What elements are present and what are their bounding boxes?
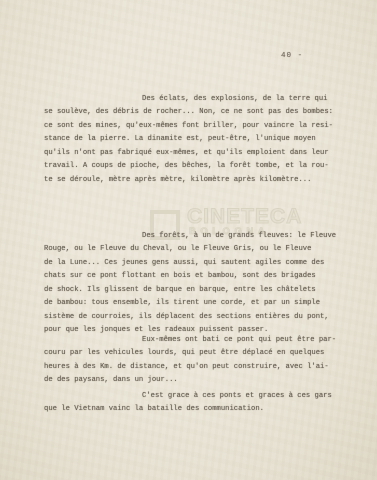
watermark-cineteca: CINETECA bbox=[187, 207, 302, 227]
paragraph-3: Eux-mêmes ont bati ce pont qui peut être… bbox=[44, 334, 344, 388]
text-line: Des forêts, à un de grands fleuves: le F… bbox=[44, 230, 344, 243]
text-line: te se déroule, mètre après mètre, kilomè… bbox=[44, 174, 344, 187]
text-line: Rouge, ou le Fleuve du Cheval, ou le Fle… bbox=[44, 243, 344, 256]
text-line: de la Lune... Ces jeunes gens aussi, qui… bbox=[44, 257, 344, 270]
text-line: de des paysans, dans un jour... bbox=[44, 374, 344, 387]
text-line: stance de la pierre. La dinamite est, pe… bbox=[44, 133, 344, 146]
text-line: de shock. Ils glissent de barque en barq… bbox=[44, 284, 344, 297]
text-line: de bambou: tous ensemble, ils tirent une… bbox=[44, 297, 344, 310]
text-line: Des éclats, des explosions, de la terre … bbox=[44, 93, 344, 106]
text-line: ce sont des mines, qu'eux-mêmes font bri… bbox=[44, 120, 344, 133]
scanned-typewritten-page: 40 - CINETECA BOLOGNA Des éclats, des ex… bbox=[0, 0, 377, 480]
text-line: chats sur ce pont flottant en bois et ba… bbox=[44, 270, 344, 283]
text-line: sistème de courroies, ils déplacent des … bbox=[44, 311, 344, 324]
paragraph-4: C'est grace à ces ponts et graces à ces … bbox=[44, 390, 344, 417]
text-line: travail. A coups de pioche, des bêches, … bbox=[44, 160, 344, 173]
text-line: couru par les vehicules lourds, qui peut… bbox=[44, 347, 344, 360]
text-line: que le Vietnam vainc la bataille des com… bbox=[44, 403, 344, 416]
text-line: Eux-mêmes ont bati ce pont qui peut être… bbox=[44, 334, 344, 347]
paragraph-2: Des forêts, à un de grands fleuves: le F… bbox=[44, 230, 344, 338]
text-line: qu'ils n'ont pas fabriqué eux-mêmes, et … bbox=[44, 147, 344, 160]
page-number: 40 - bbox=[281, 52, 303, 60]
text-line: heures à des Km. de distance, et qu'on p… bbox=[44, 361, 344, 374]
paragraph-1: Des éclats, des explosions, de la terre … bbox=[44, 93, 344, 187]
text-line: se soulève, des débris de rocher... Non,… bbox=[44, 106, 344, 119]
text-line: C'est grace à ces ponts et graces à ces … bbox=[44, 390, 344, 403]
